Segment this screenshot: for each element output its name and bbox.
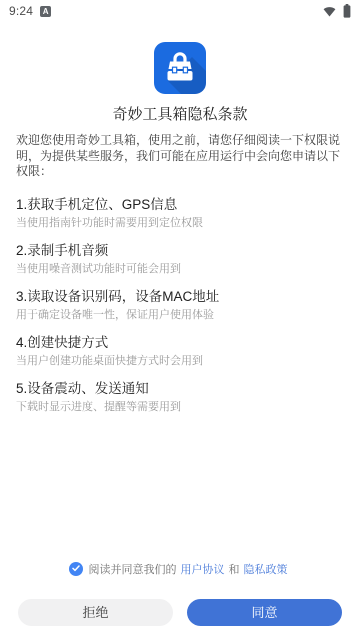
permission-title: 4.创建快捷方式 <box>16 334 344 352</box>
permission-item-vibrate-notify: 5.设备震动、发送通知 下载时显示进度、提醒等需要用到 <box>16 380 344 414</box>
permission-desc: 当使用指南针功能时需要用到定位权限 <box>16 216 344 230</box>
privacy-policy-link[interactable]: 隐私政策 <box>244 561 288 577</box>
permission-desc: 用于确定设备唯一性，保证用户使用体验 <box>16 308 344 322</box>
permission-item-audio: 2.录制手机音频 当使用噪音测试功能时可能会用到 <box>16 242 344 276</box>
battery-icon <box>343 4 351 18</box>
user-agreement-link[interactable]: 用户协议 <box>181 561 225 577</box>
permission-title: 1.获取手机定位、GPS信息 <box>16 196 344 214</box>
agreement-checkbox[interactable] <box>69 562 83 576</box>
action-buttons: 拒绝 同意 <box>18 599 342 626</box>
toolbox-icon <box>154 42 206 94</box>
page-title: 奇妙工具箱隐私条款 <box>0 103 360 124</box>
permission-item-device-id: 3.读取设备识别码，设备MAC地址 用于确定设备唯一性，保证用户使用体验 <box>16 288 344 322</box>
permission-item-shortcut: 4.创建快捷方式 当用户创建功能桌面快捷方式时会用到 <box>16 334 344 368</box>
permission-item-location: 1.获取手机定位、GPS信息 当使用指南针功能时需要用到定位权限 <box>16 196 344 230</box>
permission-desc: 当用户创建功能桌面快捷方式时会用到 <box>16 354 344 368</box>
permission-title: 3.读取设备识别码，设备MAC地址 <box>16 288 344 306</box>
permission-title: 5.设备震动、发送通知 <box>16 380 344 398</box>
clock: 9:24 <box>9 4 33 18</box>
wifi-icon <box>323 6 336 17</box>
agree-button[interactable]: 同意 <box>187 599 342 626</box>
notification-icon: A <box>40 6 51 17</box>
permission-title: 2.录制手机音频 <box>16 242 344 260</box>
permission-desc: 下载时显示进度、提醒等需要用到 <box>16 400 344 414</box>
agreement-row: 阅读并同意我们的 用户协议 和 隐私政策 <box>0 560 360 577</box>
privacy-terms-screen: 9:24 A 奇妙工具箱隐私条款 <box>0 0 360 640</box>
reject-button[interactable]: 拒绝 <box>18 599 173 626</box>
status-bar: 9:24 A <box>0 0 360 20</box>
permissions-content: 欢迎您使用奇妙工具箱，使用之前，请您仔细阅读一下权限说明，为提供某些服务，我们可… <box>16 133 344 426</box>
agreement-conjunction: 和 <box>229 561 240 577</box>
intro-text: 欢迎您使用奇妙工具箱，使用之前，请您仔细阅读一下权限说明，为提供某些服务，我们可… <box>16 133 344 180</box>
permission-desc: 当使用噪音测试功能时可能会用到 <box>16 262 344 276</box>
agreement-prefix: 阅读并同意我们的 <box>89 561 177 577</box>
